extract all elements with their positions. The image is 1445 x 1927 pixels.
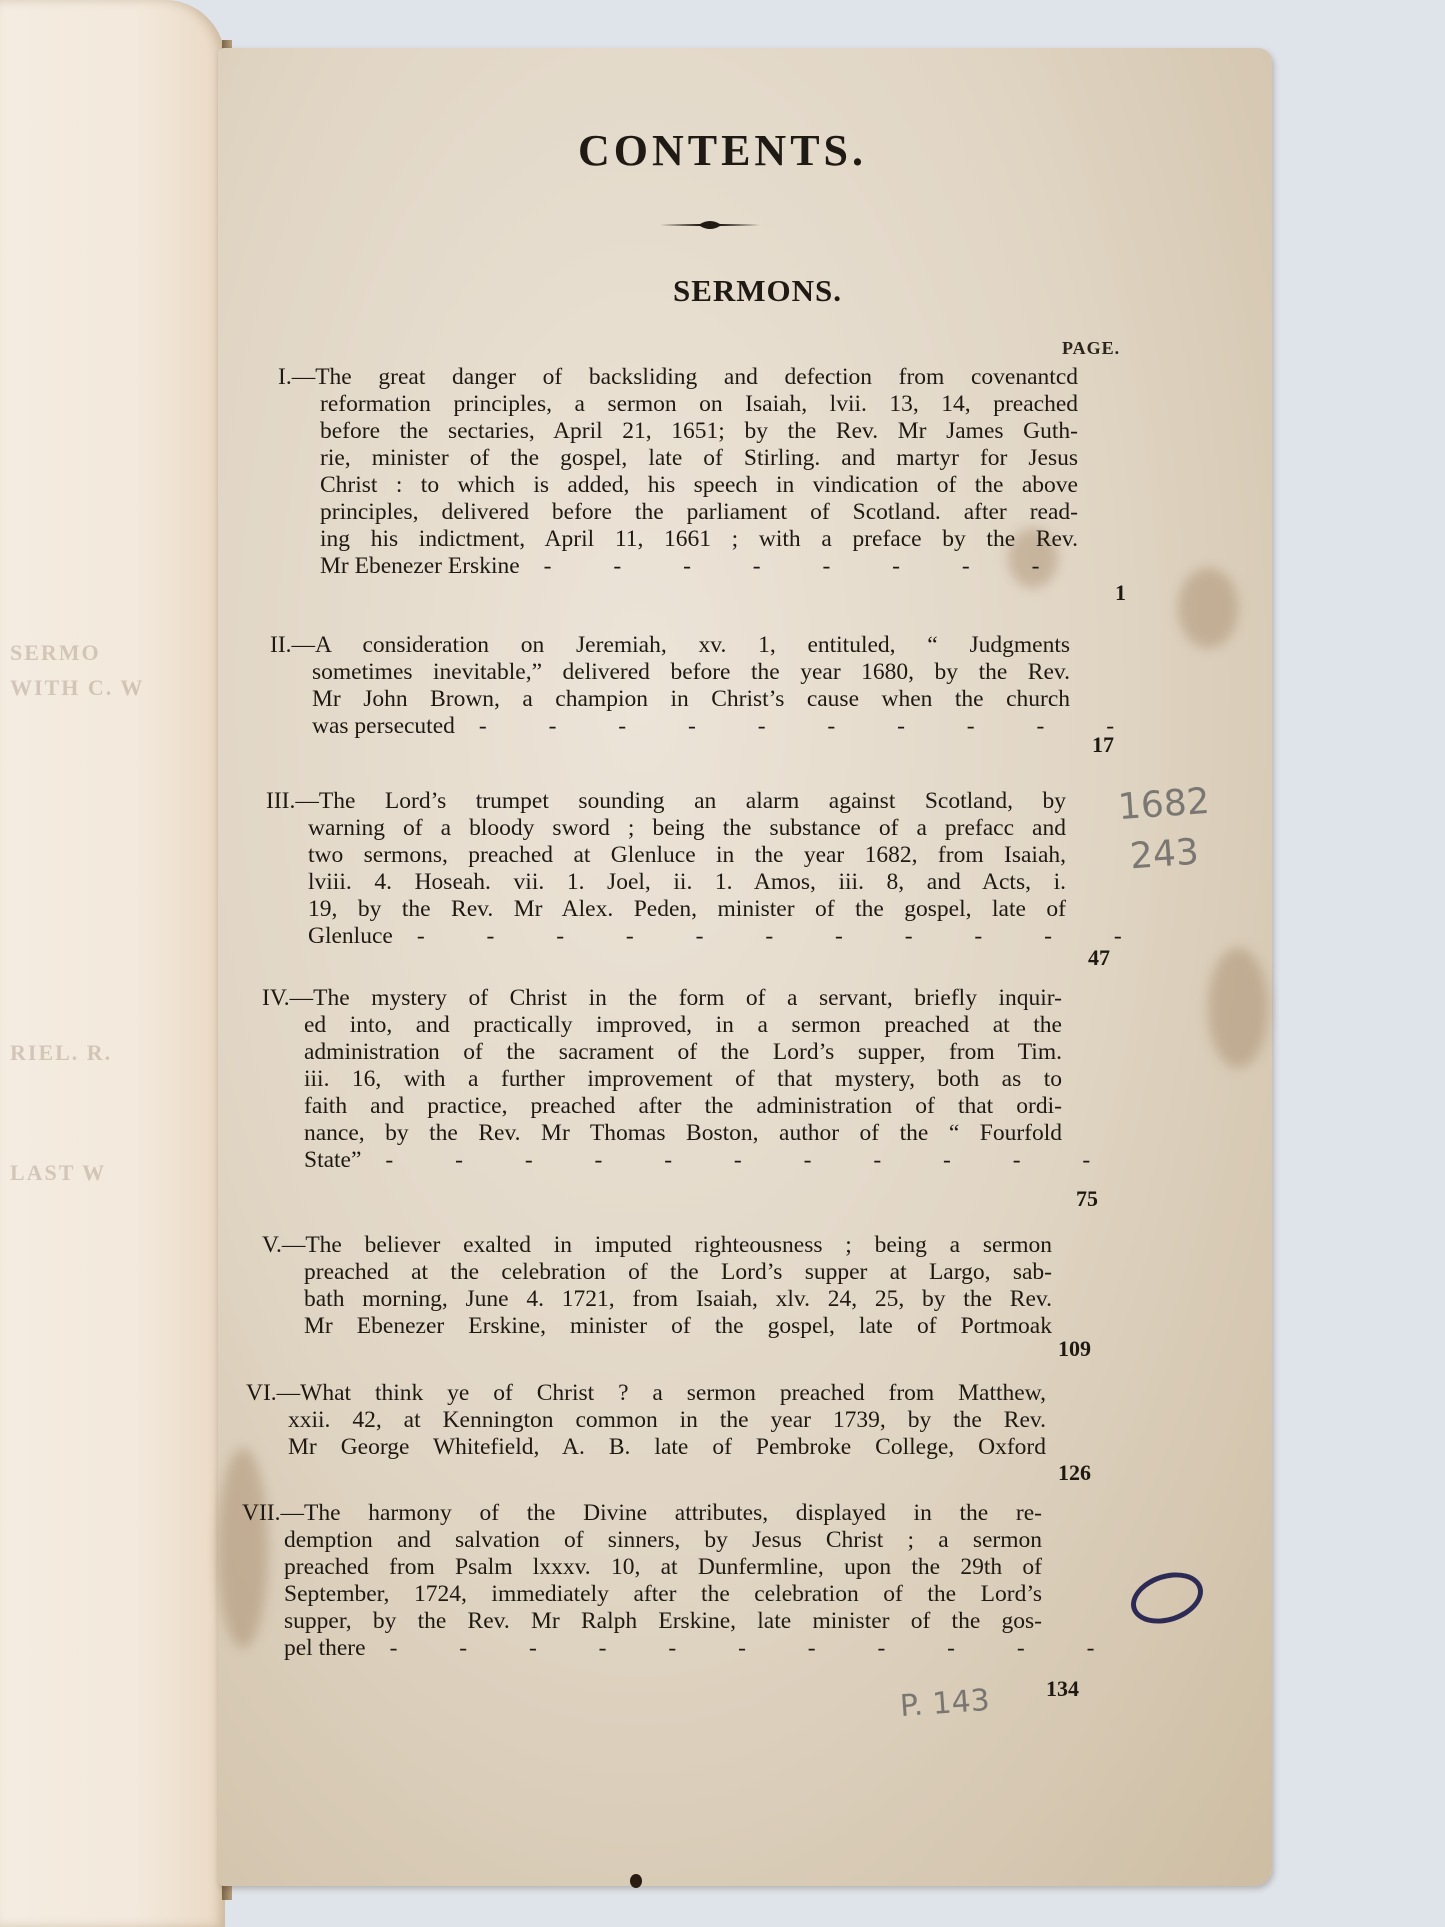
entry-line: nance, by the Rev. Mr Thomas Boston, aut… [262, 1120, 1062, 1147]
entry-line: warning of a bloody sword ; being the su… [266, 815, 1066, 842]
entry-line: bath morning, June 4. 1721, from Isaiah,… [262, 1286, 1052, 1313]
entry-line: 19, by the Rev. Mr Alex. Peden, minister… [266, 896, 1066, 923]
page-number: 109 [1058, 1336, 1091, 1362]
entry-line: VII.—The harmony of the Divine attribute… [242, 1500, 1042, 1527]
dot-leader: - - - - - - - - - - - [417, 923, 1150, 949]
entry-line: Christ : to which is added, his speech i… [278, 472, 1078, 499]
dot-leader: - - - - - - - - - - [479, 713, 1142, 739]
dot-leader: - - - - - - - - - - - [385, 1147, 1118, 1173]
entry-line: ing his indictment, April 11, 1661 ; wit… [278, 526, 1078, 553]
entry-line: Mr George Whitefield, A. B. late of Pemb… [246, 1434, 1046, 1461]
entry-line: was persecuted- - - - - - - - - - [270, 713, 1070, 740]
page-number: 126 [1058, 1460, 1091, 1486]
entry-line: sometimes inevitable,” delivered before … [270, 659, 1070, 686]
contents-entry: I.—The great danger of backsliding and d… [278, 364, 1078, 580]
entry-line: iii. 16, with a further improvement of t… [262, 1066, 1062, 1093]
contents-entry: III.—The Lord’s trumpet sounding an alar… [266, 788, 1066, 950]
entry-line: I.—The great danger of backsliding and d… [278, 364, 1078, 391]
entry-line: principles, delivered before the parliam… [278, 499, 1078, 526]
entry-line-text: pel there [284, 1635, 366, 1661]
entry-line: Glenluce- - - - - - - - - - - [266, 923, 1066, 950]
entry-line: Mr Ebenezer Erskine, minister of the gos… [262, 1313, 1052, 1340]
entry-line: reformation principles, a sermon on Isai… [278, 391, 1078, 418]
entry-line: State”- - - - - - - - - - - [262, 1147, 1062, 1174]
entry-line: demption and salvation of sinners, by Je… [242, 1527, 1042, 1554]
dot-leader: - - - - - - - - - - - [390, 1635, 1123, 1661]
show-through-text: SERMO [10, 640, 101, 666]
page-title: CONTENTS. [0, 125, 1445, 176]
entry-line: preached at the celebration of the Lord’… [262, 1259, 1052, 1286]
show-through-text: LAST W [10, 1160, 106, 1186]
entry-line: rie, minister of the gospel, late of Sti… [278, 445, 1078, 472]
entry-line: administration of the sacrament of the L… [262, 1039, 1062, 1066]
entry-line: II.—A consideration on Jeremiah, xv. 1, … [270, 632, 1070, 659]
entry-line: preached from Psalm lxxxv. 10, at Dunfer… [242, 1554, 1042, 1581]
page-number: 75 [1076, 1186, 1098, 1212]
page-number: 1 [1115, 580, 1126, 606]
show-through-text: WITH C. W [10, 675, 144, 701]
page-number: 134 [1046, 1676, 1079, 1702]
contents-entry: V.—The believer exalted in imputed right… [262, 1232, 1052, 1340]
entry-line: lviii. 4. Hoseah. vii. 1. Joel, ii. 1. A… [266, 869, 1066, 896]
section-title: SERMONS. [0, 273, 1445, 309]
entry-line: two sermons, preached at Glenluce in the… [266, 842, 1066, 869]
entry-line: supper, by the Rev. Mr Ralph Erskine, la… [242, 1608, 1042, 1635]
entry-line: Mr Ebenezer Erskine- - - - - - - - [278, 553, 1078, 580]
contents-entry: VI.—What think ye of Christ ? a sermon p… [246, 1380, 1046, 1461]
pencil-annotation: P. 143 [899, 1683, 991, 1724]
entry-line: VI.—What think ye of Christ ? a sermon p… [246, 1380, 1046, 1407]
page-number: 17 [1092, 732, 1114, 758]
entry-line: ed into, and practically improved, in a … [262, 1012, 1062, 1039]
entry-line: pel there- - - - - - - - - - - [242, 1635, 1042, 1662]
ornament-rule-icon [660, 218, 760, 232]
dot-leader: - - - - - - - - [544, 553, 1068, 579]
entry-line-text: State” [304, 1147, 361, 1173]
page-number: 47 [1088, 945, 1110, 971]
contents-entry: II.—A consideration on Jeremiah, xv. 1, … [270, 632, 1070, 740]
worm-hole [630, 1874, 642, 1888]
entry-line: faith and practice, preached after the a… [262, 1093, 1062, 1120]
entry-line: IV.—The mystery of Christ in the form of… [262, 985, 1062, 1012]
entry-line-text: Mr Ebenezer Erskine [320, 553, 520, 579]
show-through-text: RIEL. R. [10, 1040, 112, 1066]
pencil-annotation: 1682 [1117, 781, 1211, 828]
entry-line-text: was persecuted [312, 713, 455, 739]
contents-entry: IV.—The mystery of Christ in the form of… [262, 985, 1062, 1174]
contents-entry: VII.—The harmony of the Divine attribute… [242, 1500, 1042, 1662]
entry-line: September, 1724, immediately after the c… [242, 1581, 1042, 1608]
pencil-annotation: 243 [1129, 832, 1200, 878]
entry-line: xxii. 42, at Kennington common in the ye… [246, 1407, 1046, 1434]
entry-line: Mr John Brown, a champion in Christ’s ca… [270, 686, 1070, 713]
entry-line: V.—The believer exalted in imputed right… [262, 1232, 1052, 1259]
entry-line-text: Glenluce [308, 923, 393, 949]
entry-line: III.—The Lord’s trumpet sounding an alar… [266, 788, 1066, 815]
page-column-label: PAGE. [1062, 338, 1120, 359]
entry-line: before the sectaries, April 21, 1651; by… [278, 418, 1078, 445]
